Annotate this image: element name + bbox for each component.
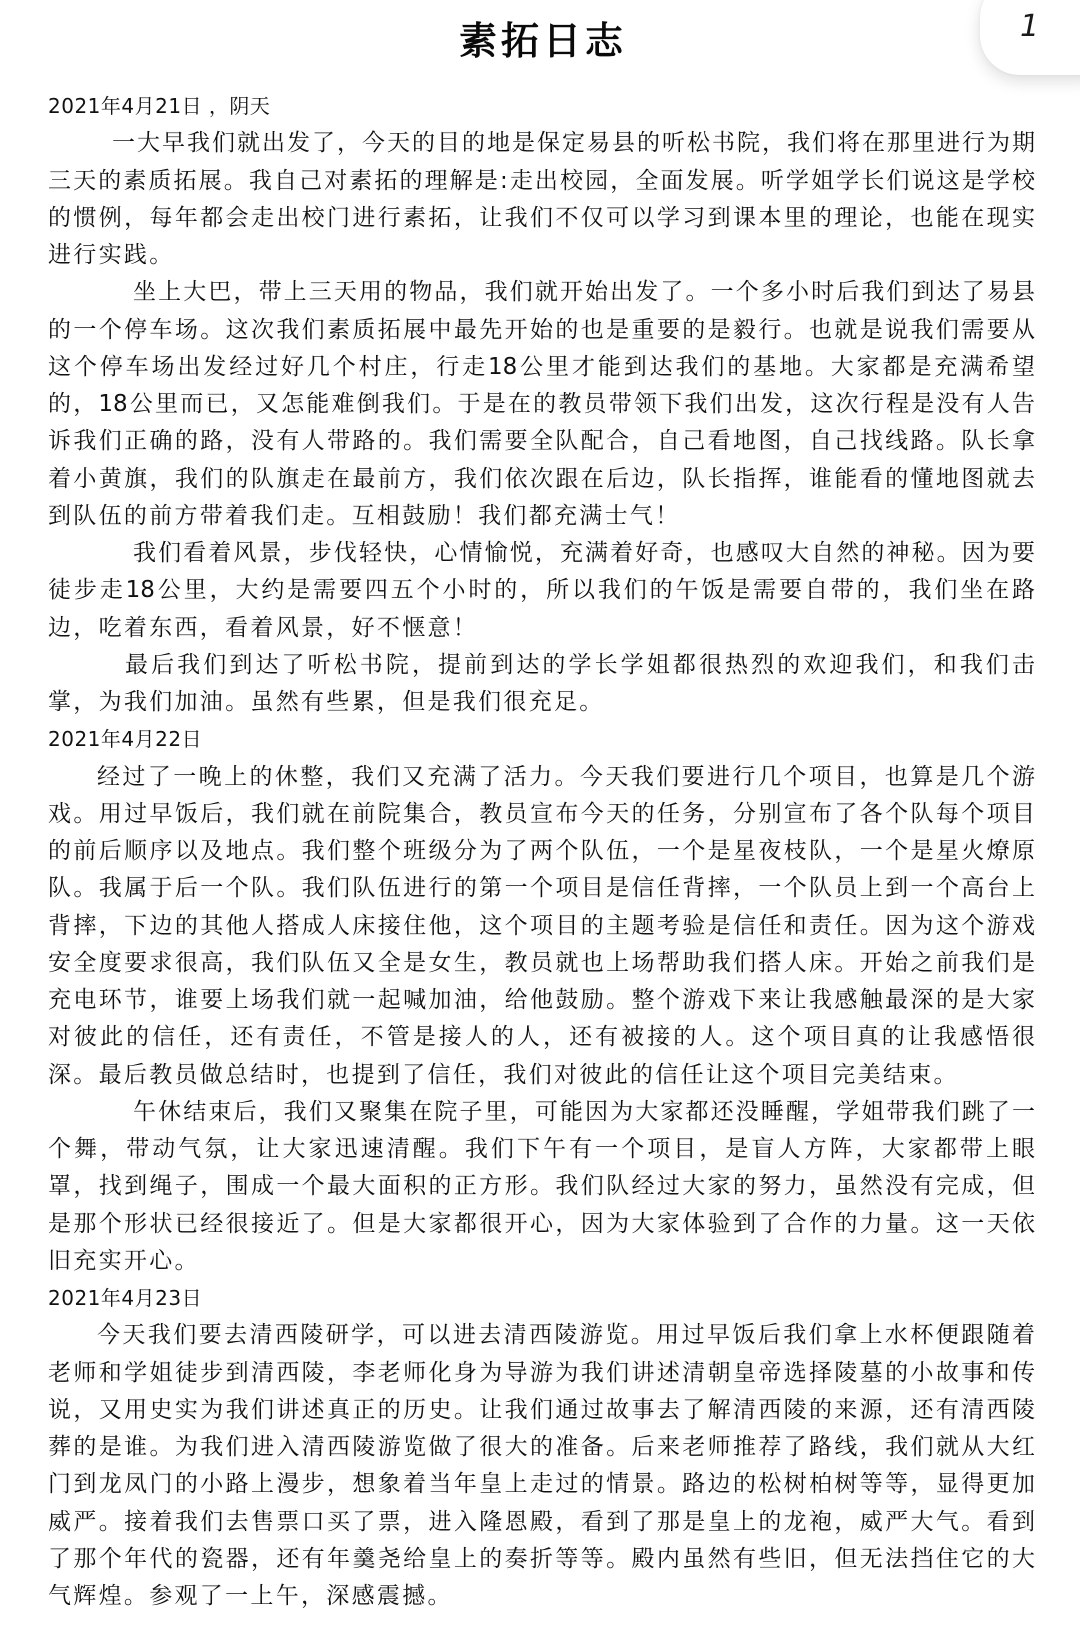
- text-line: 边，吃着东西，看着风景，好不惬意！: [48, 610, 1035, 647]
- text-line: 坐上大巴，带上三天用的物品，我们就开始出发了。一个多小时后我们到达了易县: [48, 274, 1035, 311]
- text-line: 充电环节，谁要上场我们就一起喊加油，给他鼓励。整个游戏下来让我感触最深的是大家: [48, 982, 1035, 1019]
- text-line: 背摔，下边的其他人搭成人床接住他，这个项目的主题考验是信任和责任。因为这个游戏: [48, 908, 1035, 945]
- paragraph: 今天我们要去清西陵研学，可以进去清西陵游览。用过早饭后我们拿上水杯便跟随着 老师…: [48, 1317, 1035, 1615]
- text-line: 深。最后教员做总结时，也提到了信任，我们对彼此的信任让这个项目完美结束。: [48, 1057, 1035, 1094]
- text-line: 一大早我们就出发了，今天的目的地是保定易县的听松书院，我们将在那里进行为期: [48, 125, 1035, 162]
- diary-entry-2021-04-21: 2021年4月21日 ，阴天 一大早我们就出发了，今天的目的地是保定易县的听松书…: [48, 88, 1035, 721]
- entry-date: 2021年4月22日: [48, 721, 1035, 758]
- text-line: 安全度要求很高，我们队伍又全是女生，教员就也上场帮助我们搭人床。开始之前我们是: [48, 945, 1035, 982]
- text-line: 进行实践。: [48, 237, 1035, 274]
- text-line: 的一个停车场。这次我们素质拓展中最先开始的也是重要的是毅行。也就是说我们需要从: [48, 312, 1035, 349]
- paragraph: 坐上大巴，带上三天用的物品，我们就开始出发了。一个多小时后我们到达了易县 的一个…: [48, 274, 1035, 535]
- paragraph: 午休结束后，我们又聚集在院子里，可能因为大家都还没睡醒，学姐带我们跳了一 个舞，…: [48, 1094, 1035, 1280]
- text-line: 队。我属于后一个队。我们队伍进行的第一个项目是信任背摔，一个队员上到一个高台上: [48, 870, 1035, 907]
- text-line: 了那个年代的瓷器，还有年羹尧给皇上的奏折等等。殿内虽然有些旧，但无法挡住它的大: [48, 1541, 1035, 1578]
- paragraph: 最后我们到达了听松书院，提前到达的学长学姐都很热烈的欢迎我们，和我们击 掌，为我…: [48, 647, 1035, 722]
- text-line: 到队伍的前方带着我们走。互相鼓励！我们都充满士气！: [48, 498, 1035, 535]
- text-line: 葬的是谁。为我们进入清西陵游览做了很大的准备。后来老师推荐了路线，我们就从大红: [48, 1429, 1035, 1466]
- text-line: 旧充实开心。: [48, 1243, 1035, 1280]
- text-line: 今天我们要去清西陵研学，可以进去清西陵游览。用过早饭后我们拿上水杯便跟随着: [48, 1317, 1035, 1354]
- text-line: 经过了一晚上的休整，我们又充满了活力。今天我们要进行几个项目，也算是几个游: [48, 759, 1035, 796]
- document-title: 素拓日志: [0, 18, 1080, 64]
- text-line: 门到龙凤门的小路上漫步，想象着当年皇上走过的情景。路边的松树柏树等等，显得更加: [48, 1466, 1035, 1503]
- text-line: 最后我们到达了听松书院，提前到达的学长学姐都很热烈的欢迎我们，和我们击: [48, 647, 1035, 684]
- diary-entry-2021-04-23: 2021年4月23日 今天我们要去清西陵研学，可以进去清西陵游览。用过早饭后我们…: [48, 1280, 1035, 1615]
- text-line: 威严。接着我们去售票口买了票，进入隆恩殿，看到了那是皇上的龙袍，威严大气。看到: [48, 1504, 1035, 1541]
- text-line: 的惯例，每年都会走出校门进行素拓，让我们不仅可以学习到课本里的理论，也能在现实: [48, 200, 1035, 237]
- text-line: 着小黄旗，我们的队旗走在最前方，我们依次跟在后边，队长指挥，谁能看的懂地图就去: [48, 461, 1035, 498]
- text-line: 掌，为我们加油。虽然有些累，但是我们很充足。: [48, 684, 1035, 721]
- text-line: 的前后顺序以及地点。我们整个班级分为了两个队伍，一个是星夜枝队，一个是星火燎原: [48, 833, 1035, 870]
- text-line: 诉我们正确的路，没有人带路的。我们需要全队配合，自己看地图，自己找线路。队长拿: [48, 423, 1035, 460]
- text-line: 对彼此的信任，还有责任，不管是接人的人，还有被接的人。这个项目真的让我感悟很: [48, 1019, 1035, 1056]
- paragraph: 我们看着风景，步伐轻快，心情愉悦，充满着好奇，也感叹大自然的神秘。因为要 徒步走…: [48, 535, 1035, 647]
- text-line: 戏。用过早饭后，我们就在前院集合，教员宣布今天的任务，分别宣布了各个队每个项目: [48, 796, 1035, 833]
- text-line: 说，又用史实为我们讲述真正的历史。让我们通过故事去了解清西陵的来源，还有清西陵: [48, 1392, 1035, 1429]
- paragraph: 一大早我们就出发了，今天的目的地是保定易县的听松书院，我们将在那里进行为期 三天…: [48, 125, 1035, 274]
- text-line: 我们看着风景，步伐轻快，心情愉悦，充满着好奇，也感叹大自然的神秘。因为要: [48, 535, 1035, 572]
- page-number-badge: 1: [980, 0, 1080, 75]
- diary-entry-2021-04-22: 2021年4月22日 经过了一晚上的休整，我们又充满了活力。今天我们要进行几个项…: [48, 721, 1035, 1280]
- text-line: 徒步走18公里，大约是需要四五个小时的，所以我们的午饭是需要自带的，我们坐在路: [48, 572, 1035, 609]
- entry-date: 2021年4月23日: [48, 1280, 1035, 1317]
- text-line: 气辉煌。参观了一上午，深感震撼。: [48, 1578, 1035, 1615]
- text-line: 是那个形状已经很接近了。但是大家都很开心，因为大家体验到了合作的力量。这一天依: [48, 1206, 1035, 1243]
- paragraph: 经过了一晚上的休整，我们又充满了活力。今天我们要进行几个项目，也算是几个游 戏。…: [48, 759, 1035, 1094]
- text-line: 个舞，带动气氛，让大家迅速清醒。我们下午有一个项目，是盲人方阵，大家都带上眼: [48, 1131, 1035, 1168]
- text-line: 这个停车场出发经过好几个村庄，行走18公里才能到达我们的基地。大家都是充满希望: [48, 349, 1035, 386]
- page-number: 1: [1020, 10, 1039, 44]
- text-line: 午休结束后，我们又聚集在院子里，可能因为大家都还没睡醒，学姐带我们跳了一: [48, 1094, 1035, 1131]
- text-line: 老师和学姐徒步到清西陵，李老师化身为导游为我们讲述清朝皇帝选择陵墓的小故事和传: [48, 1355, 1035, 1392]
- text-line: 罩，找到绳子，围成一个最大面积的正方形。我们队经过大家的努力，虽然没有完成，但: [48, 1168, 1035, 1205]
- entry-date: 2021年4月21日 ，阴天: [48, 88, 1035, 125]
- text-line: 的，18公里而已，又怎能难倒我们。于是在的教员带领下我们出发，这次行程是没有人告: [48, 386, 1035, 423]
- diary-body: 2021年4月21日 ，阴天 一大早我们就出发了，今天的目的地是保定易县的听松书…: [48, 88, 1035, 1615]
- text-line: 三天的素质拓展。我自己对素拓的理解是:走出校园，全面发展。听学姐学长们说这是学校: [48, 163, 1035, 200]
